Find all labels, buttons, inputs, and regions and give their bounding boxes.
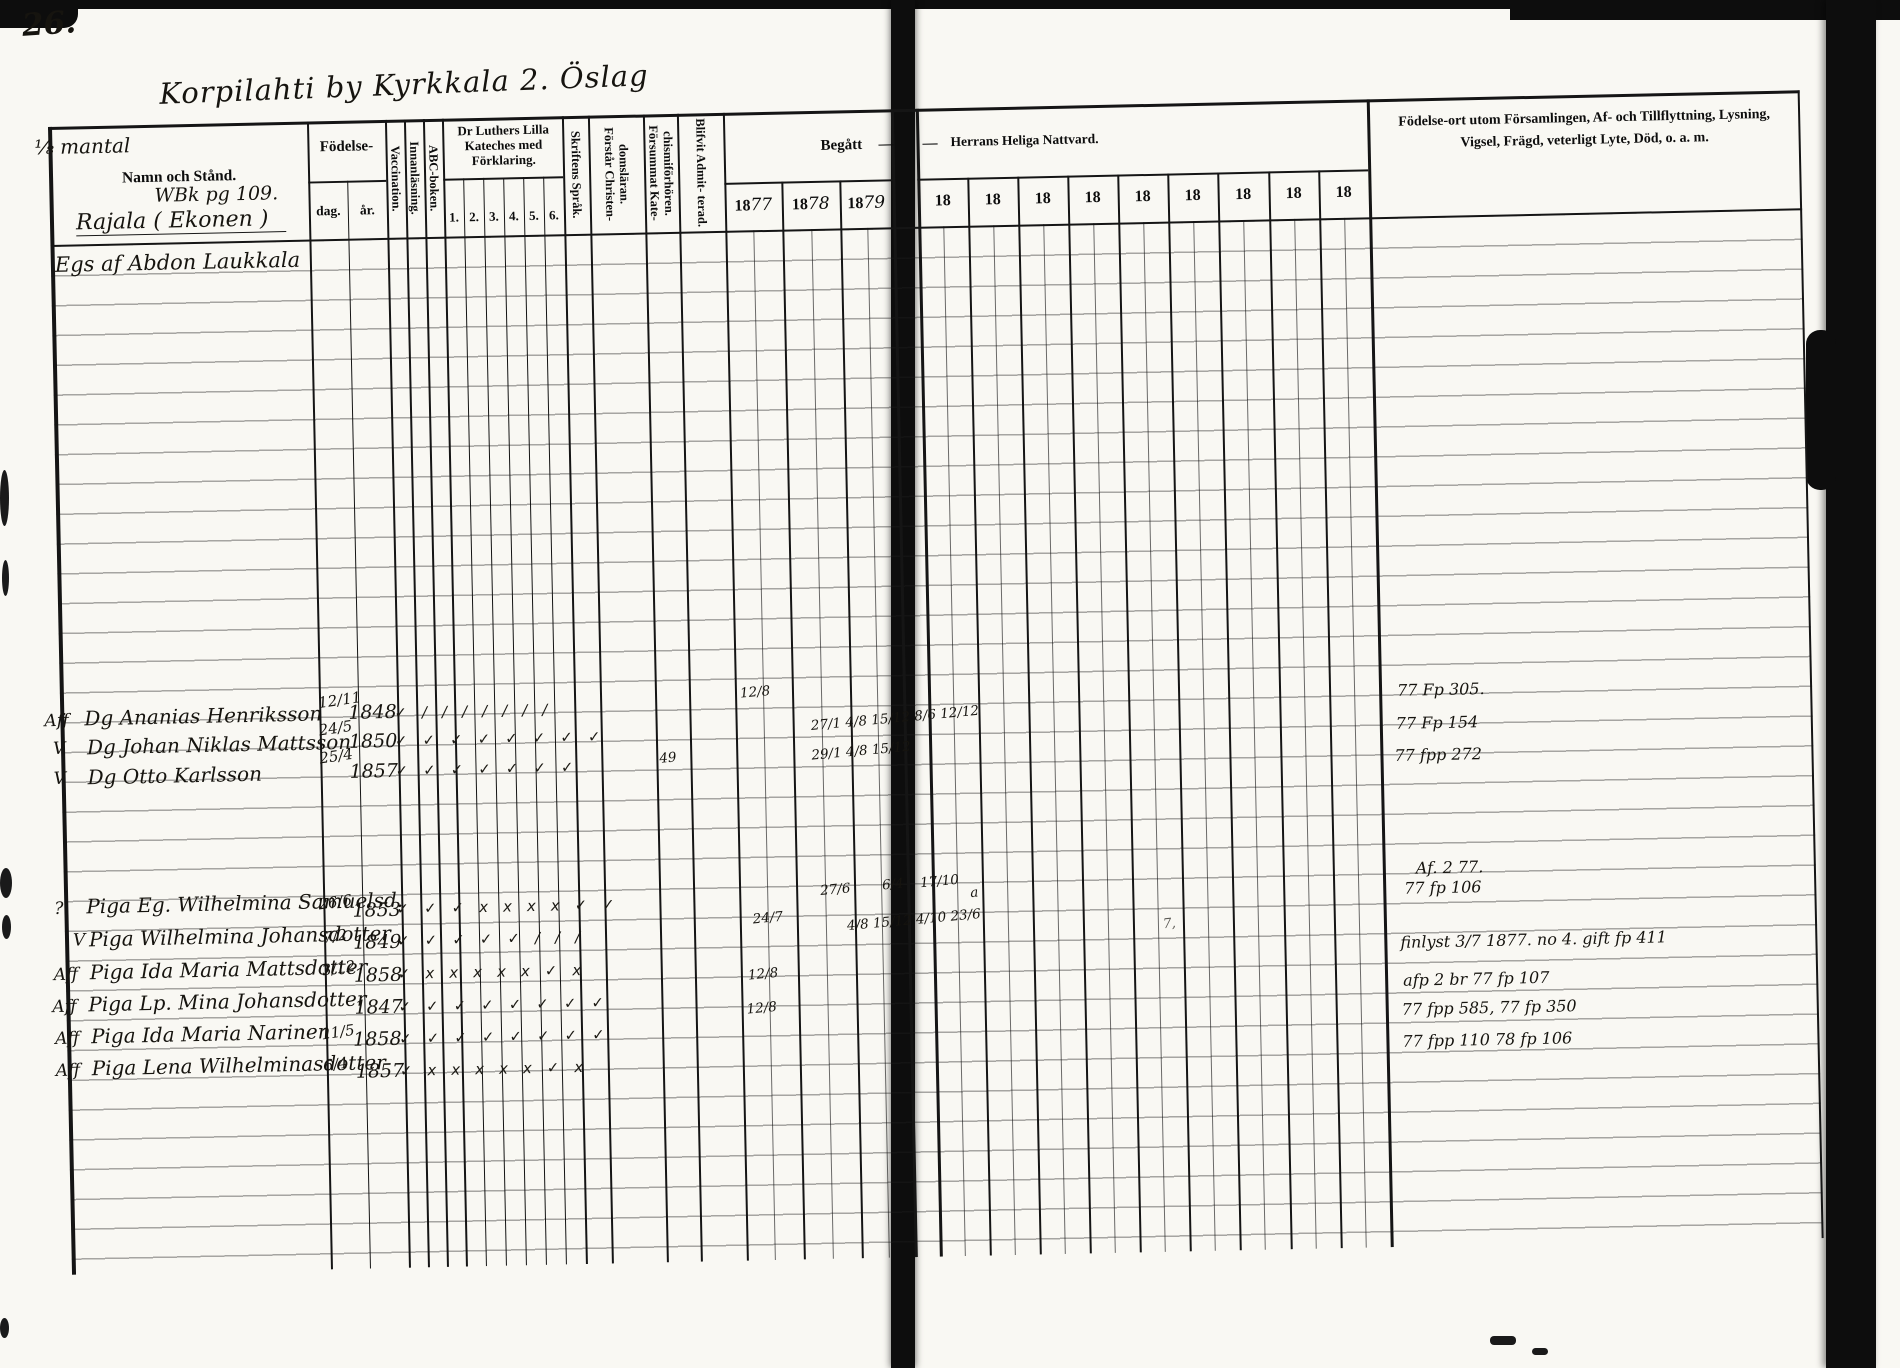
year-column-blank-8: 18 [1268,184,1318,203]
vaccination-column-header: Vaccination. [385,122,406,236]
scripture-language-column-header: Skriftens Språk. [562,118,590,233]
notes-column-header-line2: Vigsel, Frägd, veterligt Lyte, Död, o. a… [1379,129,1791,154]
year-prefix: 18 [734,197,750,214]
year-column-blank-5: 18 [1118,188,1168,207]
catechism-4: 4. [504,209,524,224]
birth-column-header: Födelse- [307,138,385,157]
margin-tag: Aff [54,965,79,986]
catechism-5: 5. [524,209,544,224]
scan-speck [2,560,9,596]
communion-date: 12/8 [747,965,779,984]
birth-date: 6/4 [323,1054,349,1075]
year-column-1879: 1879 [840,193,893,214]
birth-year: 1857 [356,1060,405,1083]
farm-name: Rajala ( Ekonen ) [76,206,287,236]
communion-mark: a [970,884,979,901]
year-column-blank-7: 18 [1218,185,1269,204]
catechism-marks: ✓/////// [394,700,562,722]
year-column-blank-4: 18 [1068,189,1118,208]
margin-tag: V [53,739,66,759]
birth-year: 1848 [348,701,397,724]
margin-note: Af. 2 77. [1416,857,1484,877]
year-suffix: 78 [808,194,830,214]
year-suffix: 77 [750,195,772,215]
admitted-column-header: Blifvit Admit- terad. [677,115,725,230]
year-column-blank-9: 18 [1318,183,1368,202]
margin-note: 77 fp 106 [1404,877,1482,898]
margin-tag: ? [54,899,64,919]
birth-year: 1857 [349,760,398,783]
birth-year: 1858 [354,964,403,987]
abc-book-column-header: ABC-boken. [423,121,444,235]
entry-name: Dg Otto Karlsson [87,762,262,790]
birth-year: 1850 [349,730,398,753]
wbk-reference: WBk pg 109. [154,182,278,207]
year-column-1877: 1877 [725,196,782,217]
birth-year-header: år. [348,202,387,218]
table-grid: Korpilahti by Kyrkkala 2. Öslag [48,90,1824,1286]
communion-date: 24/7 [752,909,784,928]
scan-edge-right [1826,0,1876,1368]
birth-year: 1858 [353,1028,402,1051]
doctrine-mark: 49 [659,749,678,766]
scan-speck [1490,1336,1516,1345]
scan-blob-right [1806,330,1836,490]
year-column-blank-2: 18 [968,191,1018,210]
birth-year: 1847 [354,996,403,1019]
record-note: 77 fpp 272 [1394,744,1482,765]
entry-name: Dg Ananias Henriksson [84,701,322,730]
margin-tag: Aff [55,1029,80,1050]
entry-name: Piga Ida Maria Narinen [91,1019,331,1048]
understands-doctrine-column-header: Förstår Christen- domsläran. [588,117,645,232]
catechism-1: 1. [444,210,464,225]
year-prefix: 18 [847,195,863,212]
scan-speck [0,868,12,898]
catechism-2: 2. [464,210,484,225]
scan-speck [0,1318,9,1338]
page-number: 26. [21,4,77,44]
year-column-blank-3: 18 [1018,190,1068,209]
year-column-blank-6: 18 [1168,187,1218,206]
mantal-note: ⅛ mantal [34,133,130,159]
birth-year: 1853 [352,899,401,922]
catechism-3: 3. [484,209,504,224]
owner-note: Egs af Abdon Laukkala [55,248,301,277]
grid-line [917,169,1368,180]
margin-tag: V [73,930,86,950]
communion-header-right: Herrans Heliga Nattvard. [950,131,1098,150]
year-column-1878: 1878 [782,194,840,215]
record-note: 77 Fp 154 [1396,712,1479,733]
neglected-examination-column-header: Försummat Kate- chismiförhören. [643,116,679,231]
margin-tag: Aff [44,711,69,732]
communion-header-dash2: — [922,135,937,153]
communion-date: 12/8 [746,999,778,1018]
record-note: 77 fpp 110 78 fp 106 [1402,1028,1572,1051]
communion-date: 6/4 [881,876,904,894]
birth-day-header: dag. [309,203,348,219]
scanned-church-record-page: 26. Korpilahti by Kyrkkala 2. Öslag [0,0,1900,1368]
year-suffix: 79 [863,192,885,212]
birth-year: 1849 [353,931,402,954]
record-note: afp 2 br 77 fp 107 [1403,968,1550,990]
year-prefix: 18 [792,196,808,213]
scan-speck [1532,1348,1548,1355]
record-note: 77 fpp 585, 77 fp 350 [1402,996,1577,1019]
margin-tag: Aff [56,1061,81,1082]
communion-header-dash: — [878,136,893,154]
scan-speck [0,470,9,526]
catechism-6: 6. [544,208,564,223]
birth-date: 7/2 [322,926,348,947]
communion-header-left: Begått [820,137,862,155]
village-title: Korpilahti by Kyrkkala 2. Öslag [159,58,650,111]
stray-mark: 7, [1162,915,1176,932]
catechism-column-header: Dr Luthers Lilla Kateches med Förklaring… [444,122,563,169]
record-note: 77 Fp 305. [1397,679,1485,700]
margin-tag: V [53,769,66,789]
margin-tag: Aff [52,997,77,1018]
year-column-blank-1: 18 [918,192,968,211]
reading-column-header: Innanläsning. [404,121,425,235]
grid-line [724,179,894,184]
communion-date: 27/6 [819,880,851,899]
communion-date: 12/8 [739,683,771,702]
scan-speck [2,915,11,939]
notes-column-header-line1: Födelse-ort utom Församlingen, Af- och T… [1378,107,1790,132]
